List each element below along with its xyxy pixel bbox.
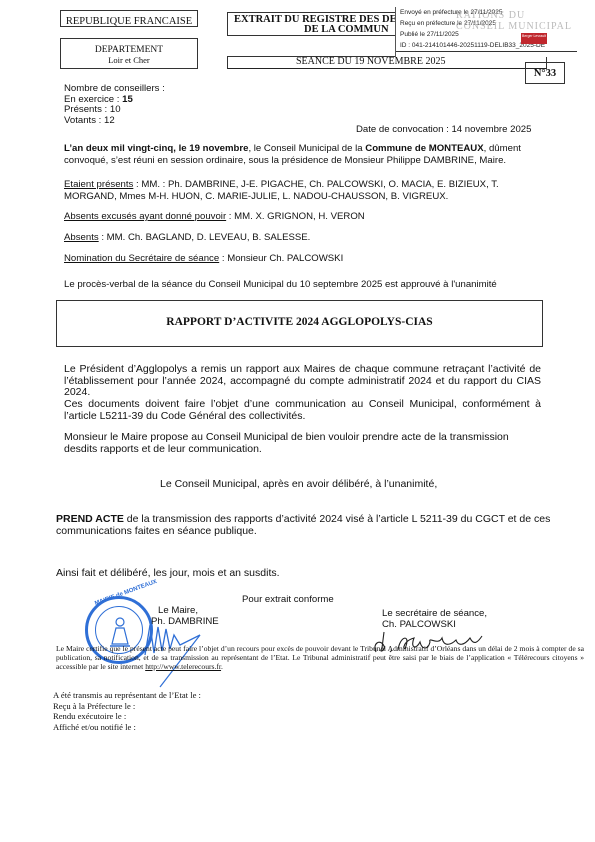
republique-label: REPUBLIQUE FRANCAISE <box>66 16 192 27</box>
departement-label: DEPARTEMENT <box>61 45 197 55</box>
seal-label: MAIRIE de MONTEAUX <box>87 577 164 610</box>
republique-box: REPUBLIQUE FRANCAISE <box>60 10 198 27</box>
subject-box: RAPPORT D’ACTIVITE 2024 AGGLOPOLYS-CIAS <box>56 300 543 347</box>
excuses-line: Absents excusés ayant donné pouvoir : MM… <box>64 211 365 223</box>
recours-end: . <box>221 662 223 671</box>
secretaire-title: Le secrétaire de séance, <box>382 608 487 620</box>
rendu-executoire-line: Rendu exécutoire le : <box>53 711 201 722</box>
secretaire-line: Nomination du Secrétaire de séance : Mon… <box>64 253 343 265</box>
intro-commune: Commune de MONTEAUX <box>365 143 483 154</box>
seal-emblem-icon <box>106 614 134 648</box>
body-paragraph-2: Ces documents doivent faire l’objet d’un… <box>64 399 541 422</box>
intro-paragraph: L’an deux mil vingt-cinq, le 19 novembre… <box>64 143 564 166</box>
prend-acte-label: PREND ACTE <box>56 513 124 525</box>
recours-notice: Le Maire certifie que le présent acte pe… <box>56 644 584 671</box>
berger-levrault-logo: Berger Levrault <box>521 33 547 44</box>
numero-box: N°33 <box>525 62 565 84</box>
recu-prefecture-line: Reçu à la Préfecture le : <box>53 701 201 712</box>
prend-acte-text: de la transmission des rapports d’activi… <box>56 513 550 537</box>
secretaire-value: : Monsieur Ch. PALCOWSKI <box>219 253 343 264</box>
intro-date: L’an deux mil vingt-cinq, le 19 novembre <box>64 143 248 154</box>
presents-value: 10 <box>110 104 121 115</box>
votants-label: Votants : <box>64 115 101 126</box>
body-paragraph-3: Monsieur le Maire propose au Conseil Mun… <box>64 432 541 455</box>
stamp-ghost-text: RATIONS DU CONSEIL MUNICIPAL <box>456 10 577 32</box>
conseillers-block: Nombre de conseillers : En exercice : 15… <box>64 84 165 126</box>
presents-paragraph: Etaient présents : MM. : Ph. DAMBRINE, J… <box>64 179 524 202</box>
prend-acte-paragraph: PREND ACTE de la transmission des rappor… <box>56 514 551 537</box>
subject-title: RAPPORT D’ACTIVITE 2024 AGGLOPOLYS-CIAS <box>57 316 542 328</box>
transmis-line: A été transmis au représentant de l’Etat… <box>53 690 201 701</box>
intro-text-1: , le Conseil Municipal de la <box>248 143 365 154</box>
excuses-heading: Absents excusés ayant donné pouvoir <box>64 211 226 222</box>
convocation-date: Date de convocation : 14 novembre 2025 <box>356 124 531 136</box>
ainsi-fait: Ainsi fait et délibéré, les jour, mois e… <box>56 568 280 580</box>
departement-box: DEPARTEMENT Loir et Cher <box>60 38 198 69</box>
pour-extrait-conforme: Pour extrait conforme <box>242 594 334 606</box>
seance-box: SEANCE DU 19 NOVEMBRE 2025 <box>227 56 547 69</box>
seance-label: SEANCE DU 19 NOVEMBRE 2025 <box>296 56 445 67</box>
pv-approval: Le procès-verbal de la séance du Conseil… <box>64 279 497 291</box>
deliberation-line: Le Conseil Municipal, après en avoir dél… <box>160 479 437 491</box>
body-paragraph-1: Le Président d’Agglopolys a remis un rap… <box>64 364 541 399</box>
recours-text: Le Maire certifie que le présent acte pe… <box>56 644 584 671</box>
deliberation-number: N°33 <box>534 68 556 79</box>
presents-heading: Etaient présents <box>64 179 133 190</box>
prefecture-stamp: RATIONS DU CONSEIL MUNICIPAL Berger Levr… <box>395 7 577 57</box>
departement-name: Loir et Cher <box>61 55 197 65</box>
absents-heading: Absents <box>64 232 99 243</box>
absents-line: Absents : MM. Ch. BAGLAND, D. LEVEAU, B.… <box>64 232 310 244</box>
en-exercice-label: En exercice : <box>64 94 119 105</box>
stamp-id: ID : 041-214101446-20251119-DELIB33_2025… <box>396 40 577 52</box>
absents-list: : MM. Ch. BAGLAND, D. LEVEAU, B. SALESSE… <box>99 232 311 243</box>
transmission-block: A été transmis au représentant de l’Etat… <box>53 690 201 732</box>
presents-label: Présents : <box>64 104 107 115</box>
telerecours-link[interactable]: http://www.telerecours.fr <box>145 662 221 671</box>
en-exercice-value: 15 <box>122 94 133 105</box>
votants-value: 12 <box>104 115 115 126</box>
affiche-notifie-line: Affiché et/ou notifié le : <box>53 722 201 733</box>
votants-row: Votants : 12 <box>64 116 165 127</box>
excuses-list: : MM. X. GRIGNON, H. VERON <box>226 211 365 222</box>
registre-line2: DE LA COMMUN <box>304 24 389 35</box>
secretaire-heading: Nomination du Secrétaire de séance <box>64 253 219 264</box>
